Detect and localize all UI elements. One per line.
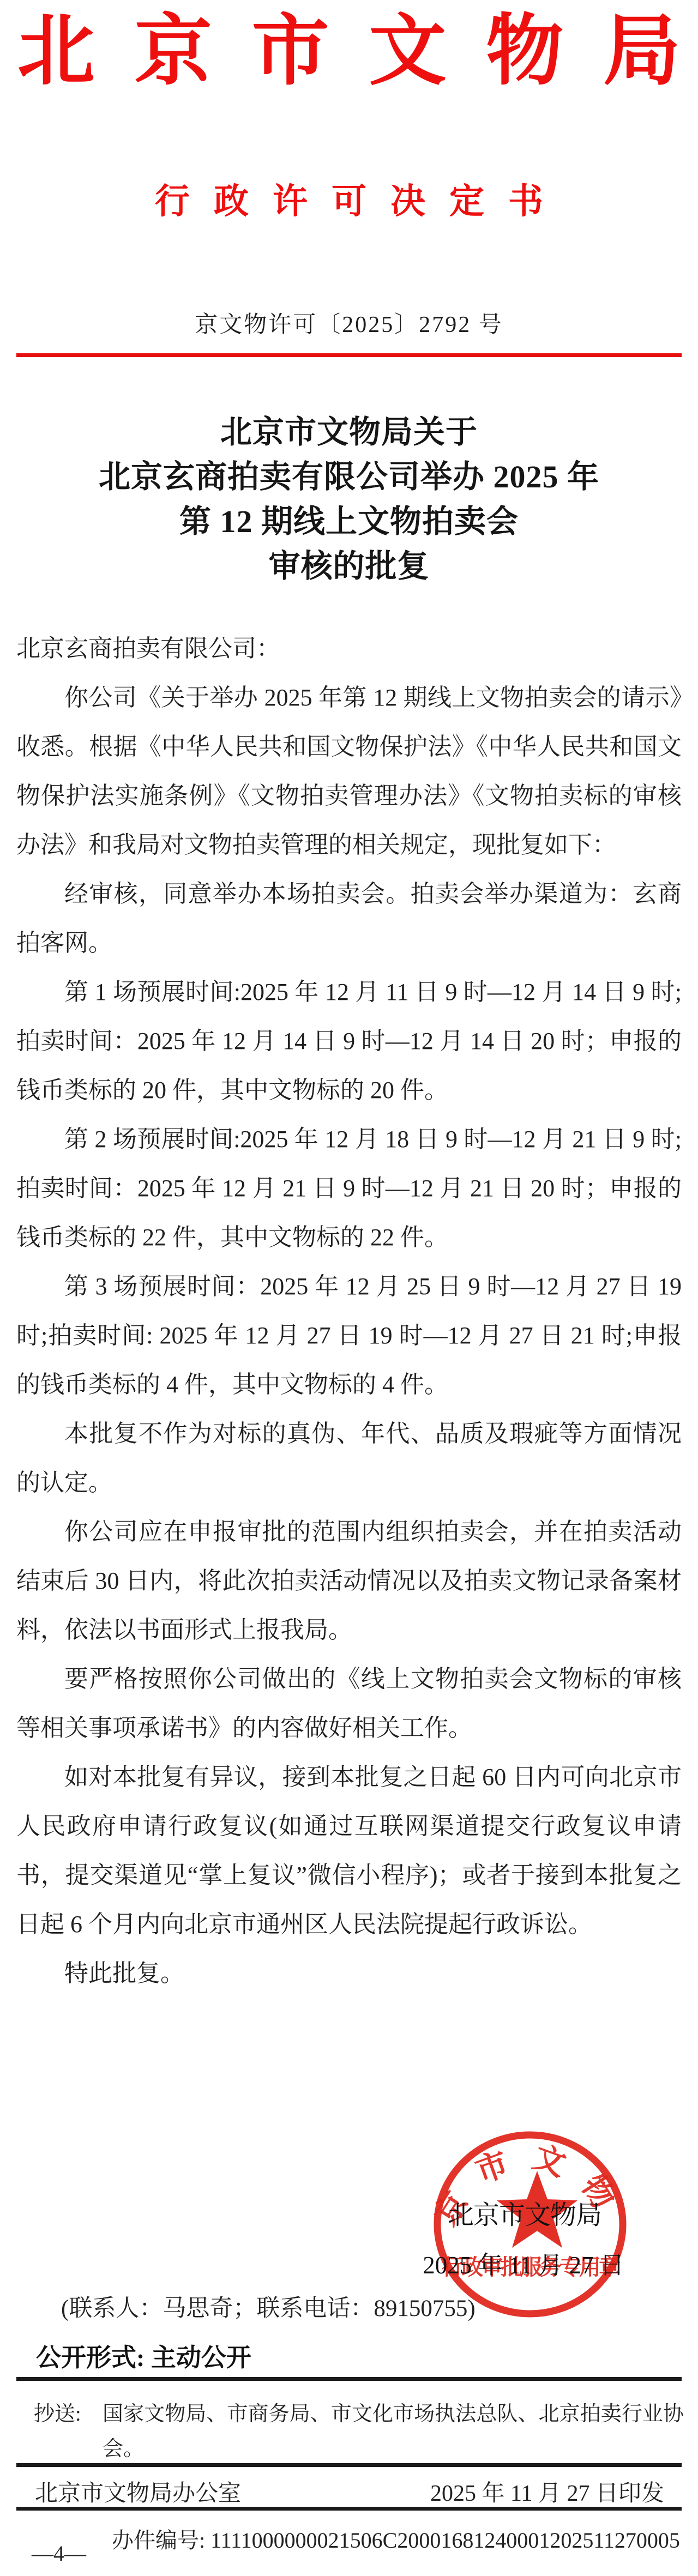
cc-recipients: 国家文物局、市商务局、市文化市场执法总队、北京拍卖行业协会。 [103,2397,684,2466]
issuing-office: 北京市文物局办公室 [35,2475,241,2508]
doc-number: 京文物许可〔2025〕2792 号 [0,306,698,339]
body-paragraph: 第 2 场预展时间:2025 年 12 月 18 日 9 时—12 月 21 日… [16,1115,682,1262]
doc-title-line-4: 审核的批复 [22,544,676,589]
doc-title-line-1: 北京市文物局关于 [22,410,676,455]
page-number: —4— [32,2541,86,2566]
body-paragraph: 你公司《关于举办 2025 年第 12 期线上文物拍卖会的请示》收悉。根据《中华… [16,673,682,870]
footer-divider-middle [16,2463,682,2467]
salutation: 北京玄商拍卖有限公司： [16,624,682,673]
body-paragraph: 第 3 场预展时间：2025 年 12 月 25 日 9 时—12 月 27 日… [16,1262,682,1409]
doc-type-text: 行政许可决定书 [131,173,567,224]
body-paragraph: 要严格按照你公司做出的《线上文物拍卖会文物标的审核等相关事项承诺书》的内容做好相… [16,1655,682,1753]
body-paragraph: 如对本批复有异议，接到本批复之日起 60 日内可向北京市人民政府申请行政复议(如… [16,1753,682,1949]
footer-divider-top [16,2377,682,2381]
case-number-value: 1111000000021506C20001681240001202511270… [210,2528,680,2553]
footer-divider-bottom [16,2507,682,2511]
doc-title-line-2: 北京玄商拍卖有限公司举办 2025 年 [22,455,676,499]
signature-agency-name: 北京市文物局 [416,2194,634,2231]
doc-title-line-3: 第 12 期线上文物拍卖会 [22,499,676,544]
closing-phrase: 特此批复。 [16,1949,682,1998]
doc-title: 北京市文物局关于 北京玄商拍卖有限公司举办 2025 年 第 12 期线上文物拍… [22,410,676,589]
body-paragraph: 经审核，同意举办本场拍卖会。拍卖会举办渠道为：玄商拍客网。 [16,870,682,968]
cc-label: 抄送: [34,2397,81,2427]
body-paragraph: 你公司应在申报审批的范围内组织拍卖会，并在拍卖活动结束后 30 日内，将此次拍卖… [16,1507,682,1655]
red-divider-rule [16,353,682,357]
signature-date: 2025 年 11 月 27 日 [387,2245,660,2281]
publicity-form-line: 公开形式: 主动公开 [36,2338,251,2374]
case-number-row: 办件编号: 1111000000021506C20001681240001202… [112,2523,680,2554]
doc-body: 北京玄商拍卖有限公司： 你公司《关于举办 2025 年第 12 期线上文物拍卖会… [16,624,682,1998]
agency-letterhead: 北京市文物局 [17,8,681,95]
print-date: 2025 年 11 月 27 日印发 [430,2475,664,2508]
doc-type-heading: 行政许可决定书 [0,173,698,224]
case-number-label: 办件编号: [112,2528,210,2553]
body-paragraph: 第 1 场预展时间:2025 年 12 月 11 日 9 时—12 月 14 日… [16,968,682,1115]
body-paragraph: 本批复不作为对标的真伪、年代、品质及瑕疵等方面情况的认定。 [16,1409,682,1507]
contact-line: (联系人：马思奇；联系电话：89150755) [61,2290,476,2323]
license-document-page: 北京市文物局 行政许可决定书 京文物许可〔2025〕2792 号 北京市文物局关… [0,0,698,2576]
